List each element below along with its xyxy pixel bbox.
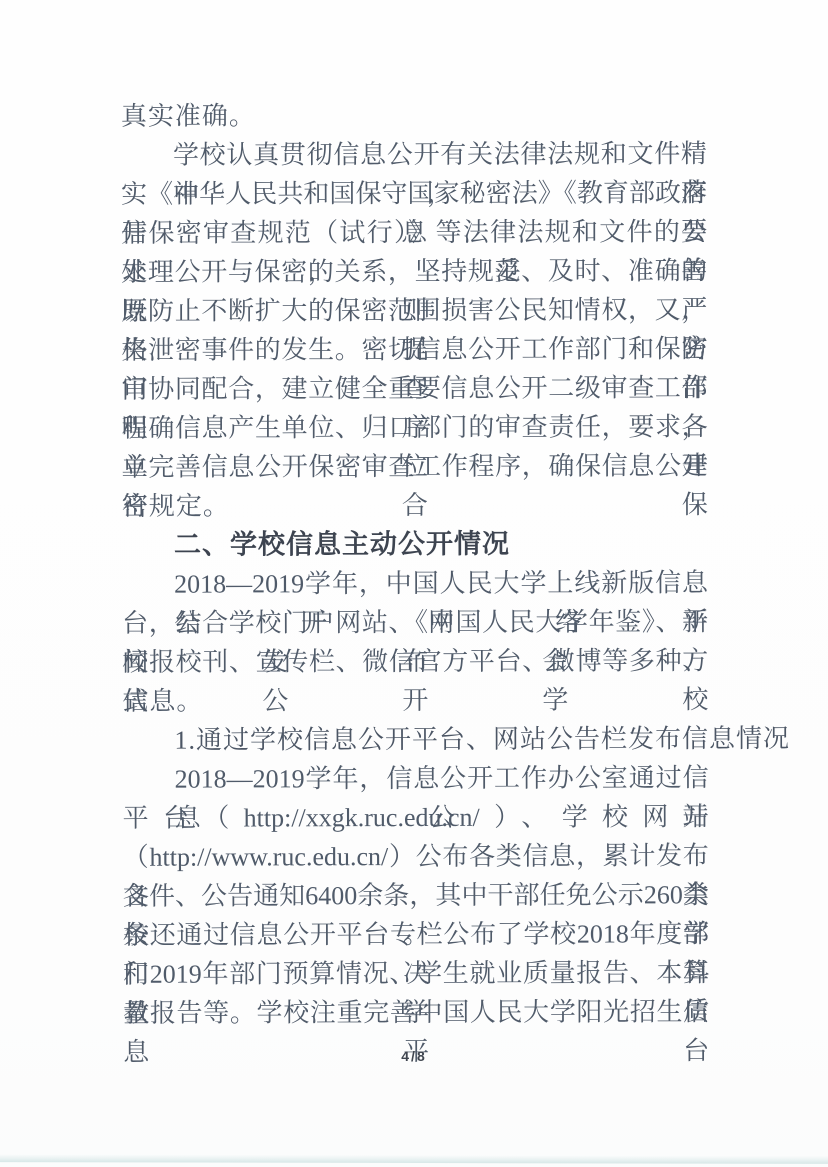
- text-line: 2018—2019学年，中国人民大学上线新版信息公开网络平: [122, 563, 708, 604]
- text-line: 台，结合学校门户网站、《中国人民大学年鉴》、新闻发布会、: [122, 602, 708, 643]
- text-line: 量报告等。学校注重完善中国人民大学阳光招生信息平台: [123, 992, 709, 1033]
- page-footer: 4/8: [0, 1048, 828, 1066]
- text-line: 立完善信息公开保密审查工作程序，确保信息公开符合保: [122, 446, 708, 487]
- text-line: 校报校刊、宣传栏、微信官方平台、微博等多种方式公开学校: [122, 641, 708, 682]
- text-line: 既防止不断扩大的保密范围损害公民知情权，又严格提防: [121, 290, 707, 331]
- sub-section-heading: 1.通过学校信息公开平台、网站公告栏发布信息情况: [122, 719, 708, 760]
- document-body: 真实准确。学校认真贯彻信息公开有关法律法规和文件精神，落实《中华人民共和国保守国…: [121, 95, 709, 1033]
- text-line: 学校认真贯彻信息公开有关法律法规和文件精神，落: [121, 134, 707, 175]
- text-line: 2018—2019学年，信息公开工作办公室通过信息公开: [123, 758, 709, 799]
- section-heading: 二、学校信息主动公开情况: [122, 524, 708, 565]
- text-line: 平台（http://xxgk.ruc.edu.cn/）、学校网站: [123, 797, 709, 838]
- text-line: 和2019年部门预算情况、学生就业质量报告、本科教学质: [123, 953, 709, 994]
- text-line: 处理公开与保密的关系，坚持规范、及时、准确的原则，: [121, 251, 707, 292]
- scan-edge-artifact: [0, 1154, 828, 1164]
- document-page: 真实准确。学校认真贯彻信息公开有关法律法规和文件精神，落实《中华人民共和国保守国…: [0, 0, 828, 1167]
- page-number: 4/8: [401, 1048, 426, 1064]
- text-line: 开保密审查规范（试行）》等法律法规和文件的要求，妥善: [121, 212, 707, 253]
- text-line: 真实准确。: [121, 95, 707, 136]
- text-line: 实《中华人民共和国保守国家秘密法》《教育部政府信息公: [121, 173, 707, 214]
- text-line: （http://www.ruc.edu.cn/）公布各类信息，累计发布各类: [123, 836, 709, 877]
- text-line: 失泄密事件的发生。密切信息公开工作部门和保密审查部: [121, 329, 707, 370]
- text-line: 文件、公告通知6400余条，其中干部任免公示260余条。学: [123, 875, 709, 916]
- text-line: 校还通过信息公开平台专栏公布了学校2018年度部门决算: [123, 914, 709, 955]
- text-line: 门协同配合，建立健全重要信息公开二级审查工作程序，: [121, 368, 707, 409]
- text-line: 明确信息产生单位、归口部门的审查责任，要求各单位建: [122, 407, 708, 448]
